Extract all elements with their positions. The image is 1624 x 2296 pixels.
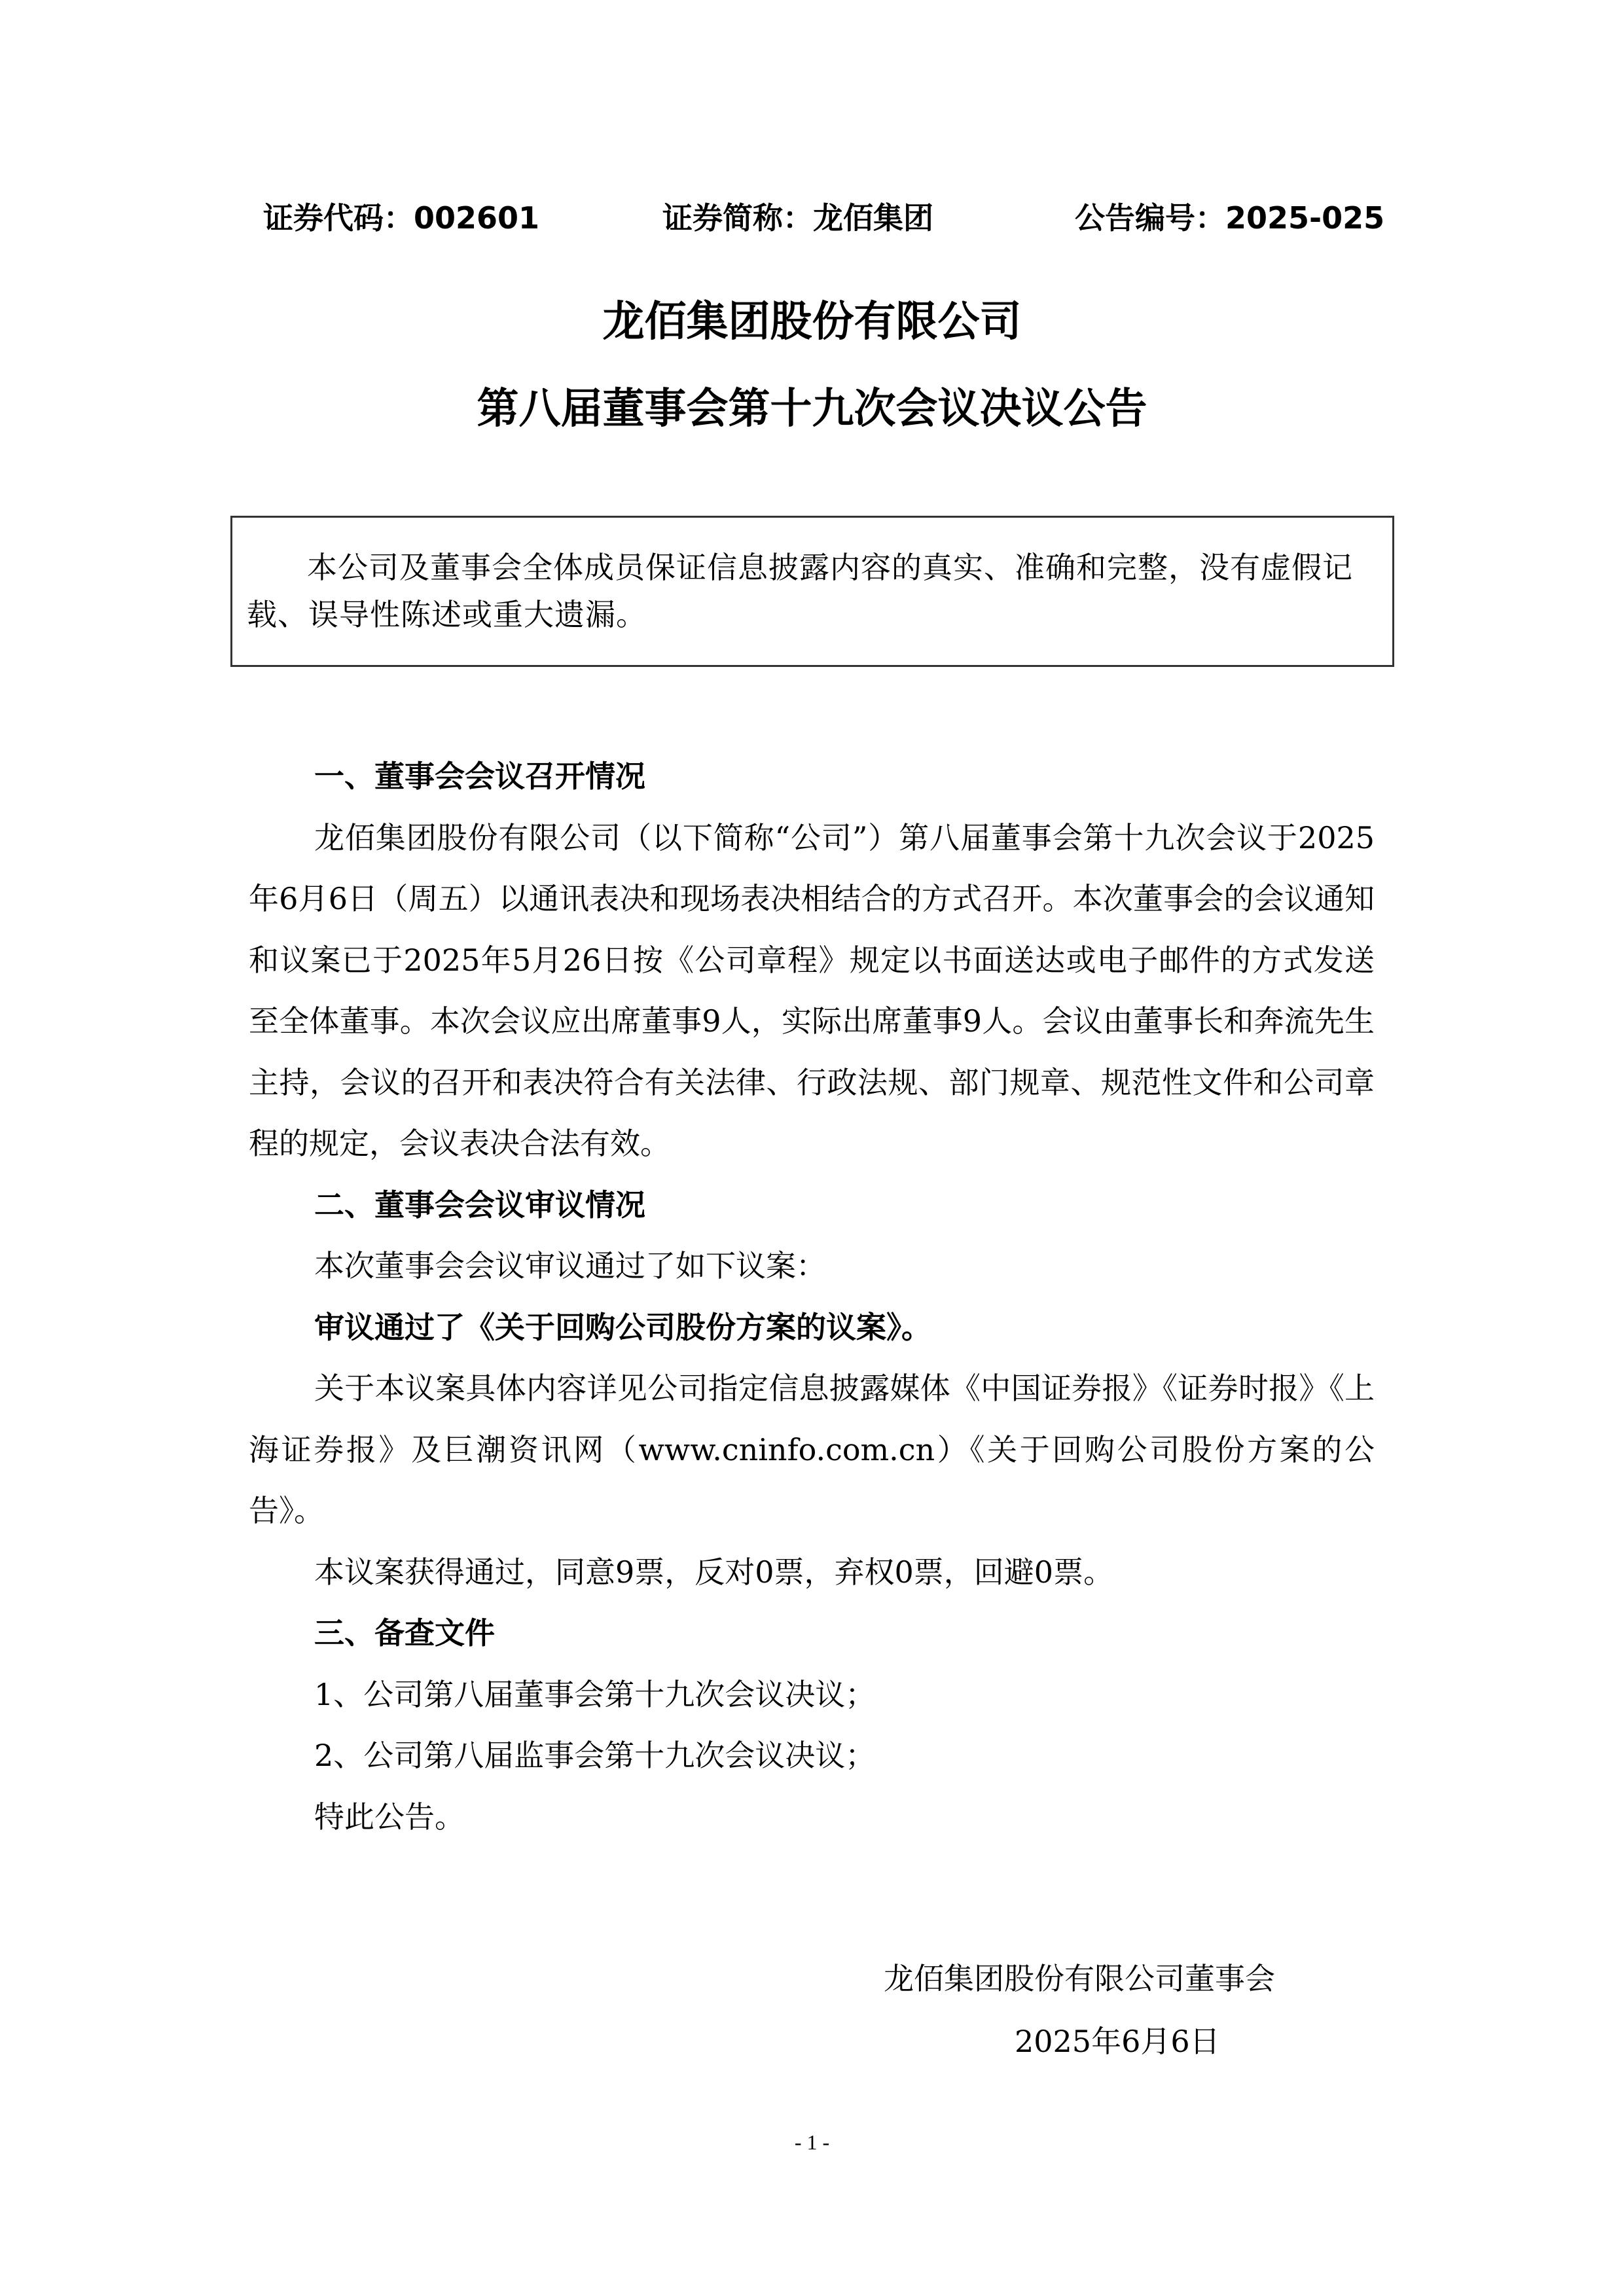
section-heading-reference-documents: 三、备查文件 <box>249 1603 1375 1664</box>
vote-result: 本议案获得通过，同意9票，反对0票，弃权0票，回避0票。 <box>249 1542 1375 1604</box>
section-heading-meeting-convening: 一、董事会会议召开情况 <box>249 746 1375 808</box>
announcement-title: 第八届董事会第十九次会议决议公告 <box>0 380 1624 439</box>
announcement-header: 证券代码：002601 证券简称：龙佰集团 公告编号：2025-025 <box>263 195 1376 241</box>
motion-details: 关于本议案具体内容详见公司指定信息披露媒体《中国证券报》《证券时报》《上海证券报… <box>249 1358 1375 1542</box>
disclaimer-box: 本公司及董事会全体成员保证信息披露内容的真实、准确和完整，没有虚假记载、误导性陈… <box>230 516 1394 667</box>
reference-document-item: 1、公司第八届董事会第十九次会议决议； <box>249 1664 1375 1726</box>
disclaimer-text: 本公司及董事会全体成员保证信息披露内容的真实、准确和完整，没有虚假记载、误导性陈… <box>247 544 1386 638</box>
document-body: 一、董事会会议召开情况 龙佰集团股份有限公司（以下简称“公司”）第八届董事会第十… <box>249 746 1375 1848</box>
signing-organization: 龙佰集团股份有限公司董事会 <box>884 1947 1342 2010</box>
stock-short-name: 证券简称：龙佰集团 <box>662 195 933 241</box>
section-heading-meeting-review: 二、董事会会议审议情况 <box>249 1175 1375 1236</box>
meeting-convening-paragraph: 龙佰集团股份有限公司（以下简称“公司”）第八届董事会第十九次会议于2025年6月… <box>249 808 1375 1175</box>
signing-date: 2025年6月6日 <box>884 2010 1342 2073</box>
stock-code: 证券代码：002601 <box>263 195 539 241</box>
page-number: - 1 - <box>0 2130 1624 2155</box>
signature-block: 龙佰集团股份有限公司董事会 2025年6月6日 <box>884 1947 1342 2073</box>
closing-statement: 特此公告。 <box>249 1787 1375 1848</box>
document-page: 证券代码：002601 证券简称：龙佰集团 公告编号：2025-025 龙佰集团… <box>0 0 1624 2296</box>
announcement-number: 公告编号：2025-025 <box>1075 195 1384 241</box>
company-title: 龙佰集团股份有限公司 <box>0 293 1624 351</box>
review-intro: 本次董事会会议审议通过了如下议案： <box>249 1236 1375 1297</box>
reference-document-item: 2、公司第八届监事会第十九次会议决议； <box>249 1725 1375 1787</box>
approved-motion: 审议通过了《关于回购公司股份方案的议案》。 <box>249 1297 1375 1359</box>
